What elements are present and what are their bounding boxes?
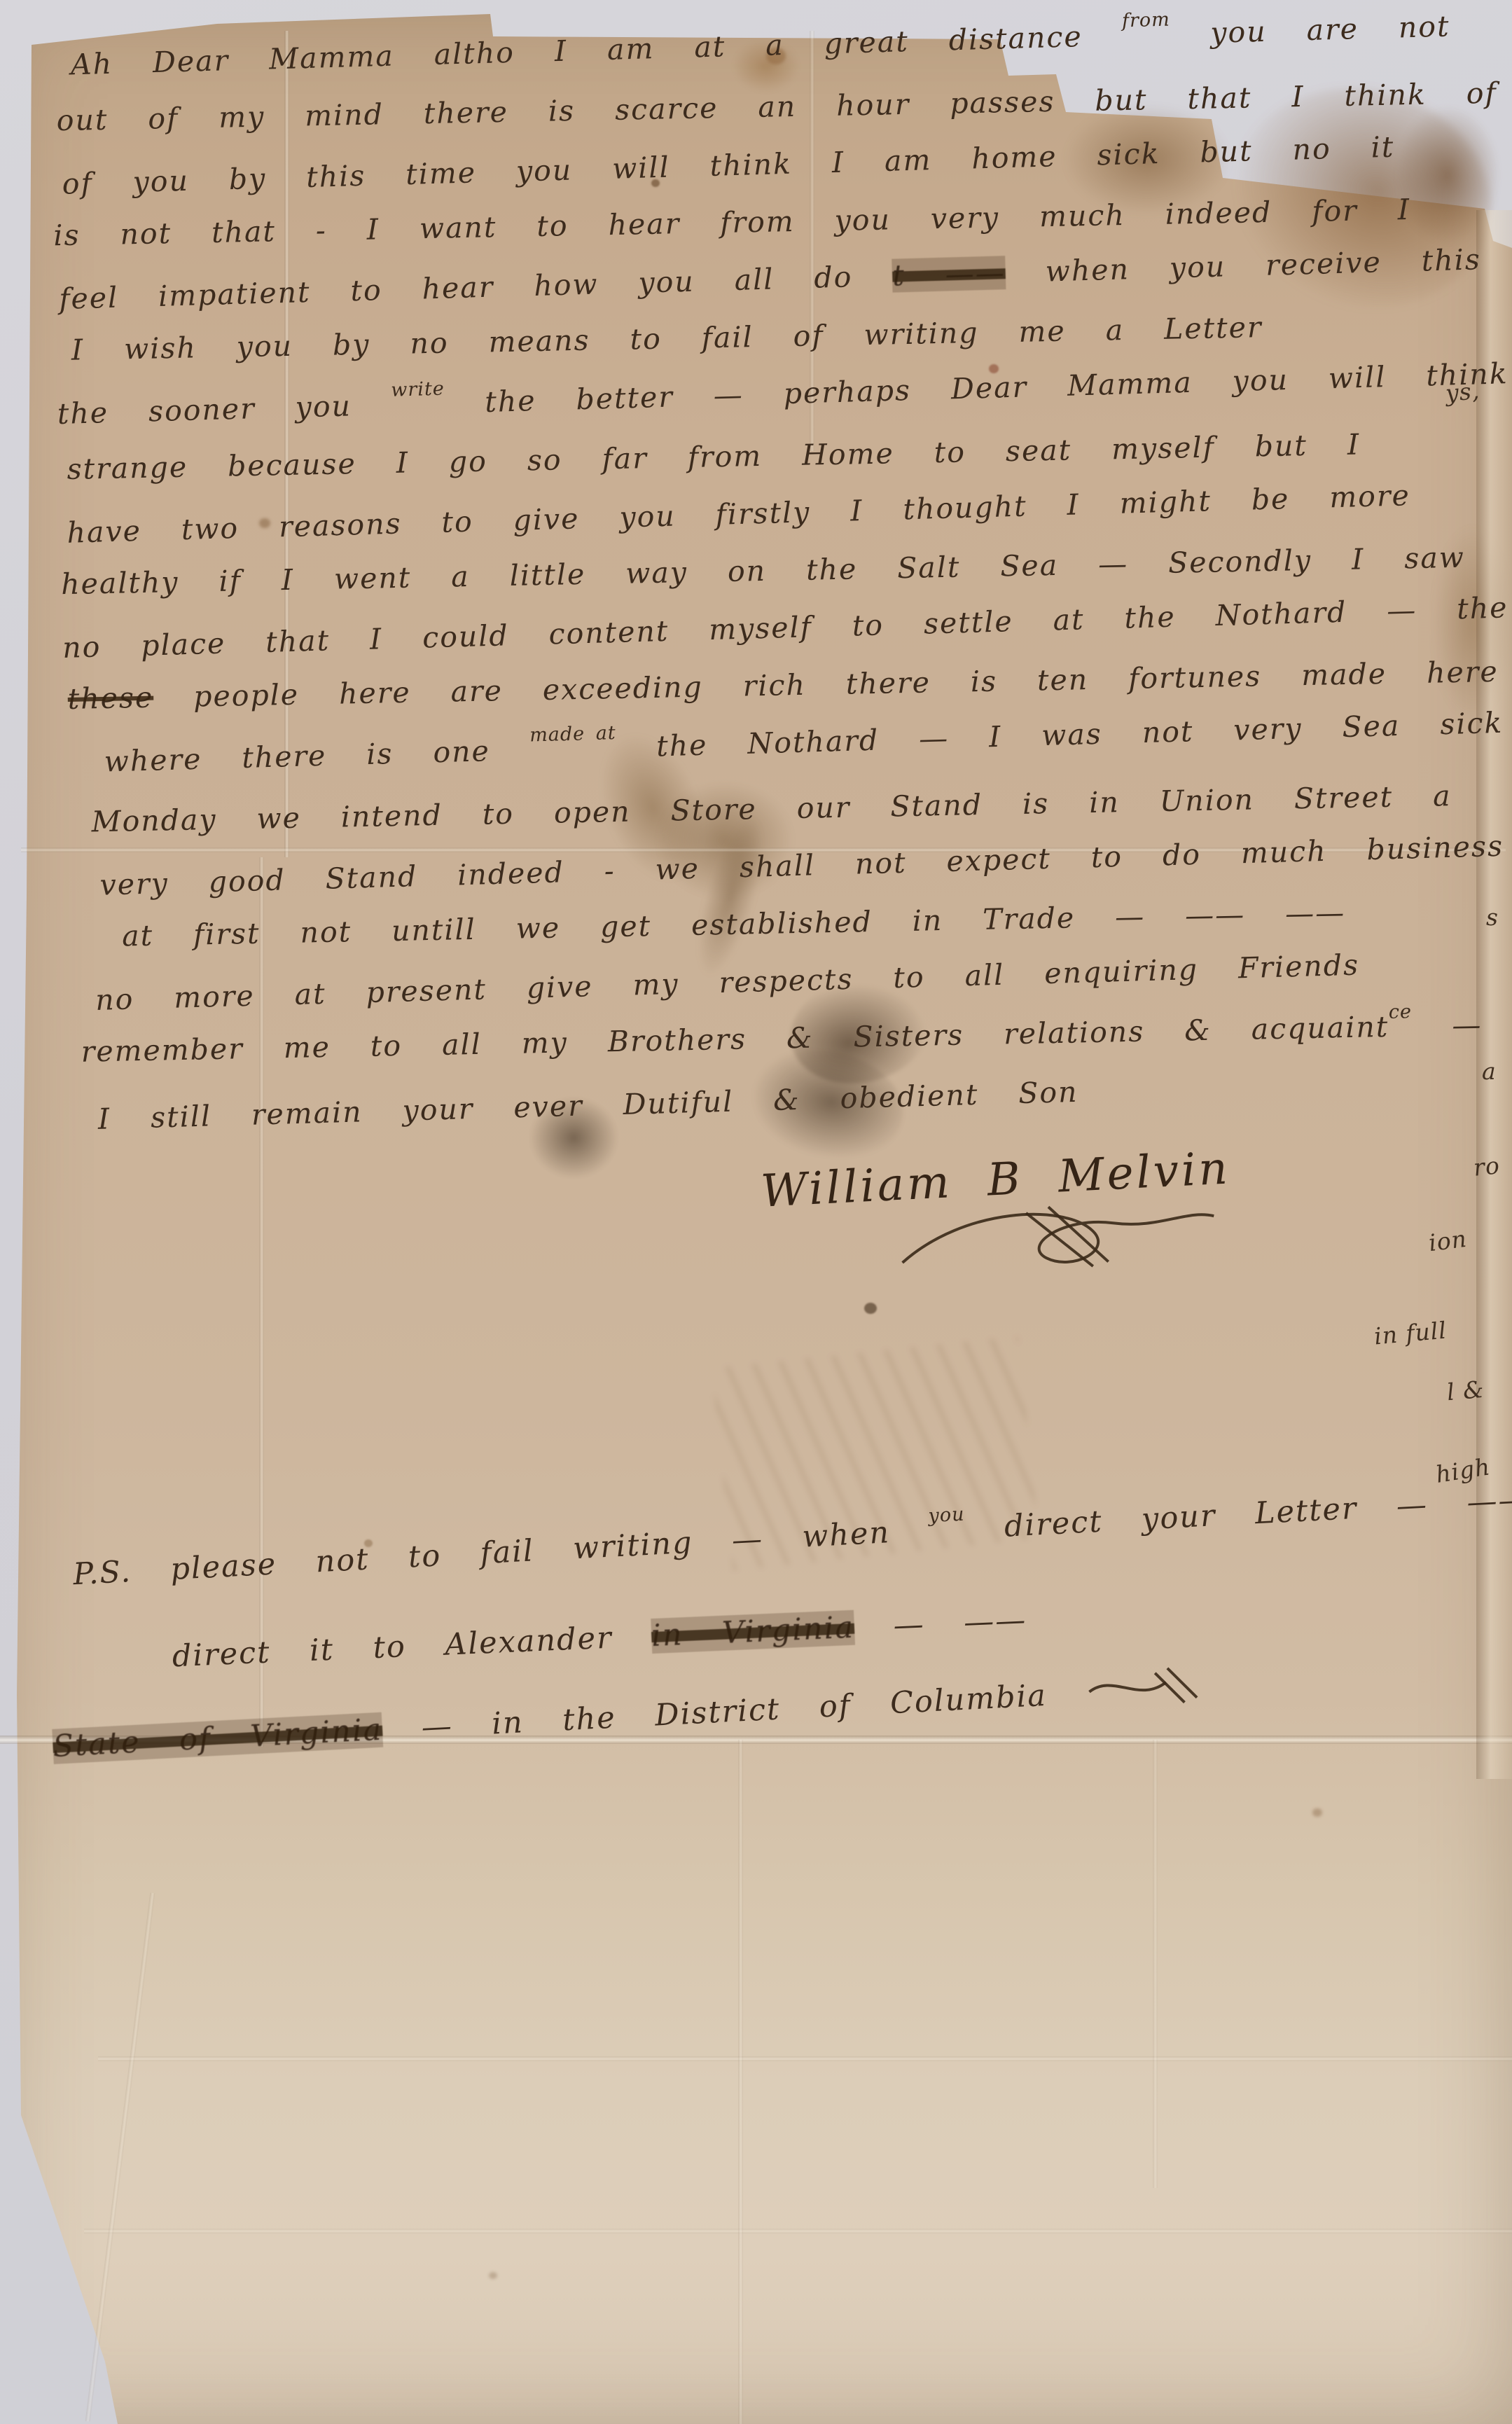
handwritten-text: where there is one [104,734,490,778]
handwritten-text: direct it to Alexander [172,1621,613,1675]
letter-body: Ah Dear Mamma altho I am at a great dist… [49,1,1492,1331]
handwritten-text: the sooner you [57,389,352,431]
photograph-of-letter: { "page": { "background_color": "#d2d1d7… [0,0,1512,2424]
handwritten-text: — as we [1452,1005,1512,1042]
inserted-word: ce [1388,983,1413,1041]
inserted-word: from [1121,0,1171,50]
handwritten-text: when you receive this [1045,242,1481,288]
postscript-flourish [1085,1665,1206,1713]
handwritten-text: — —— [893,1602,1028,1643]
inserted-word: write [390,361,445,420]
struck-out-word: State of Virginia [52,1712,383,1764]
handwritten-text: direct your Letter — —— [1004,1482,1512,1544]
handwritten-text: Ah Dear Mamma altho I am at a great dist… [70,20,1083,81]
inserted-word: you [927,1481,966,1551]
handwritten-text: you are not [1210,9,1450,50]
struck-out-word: in Virginia [651,1610,855,1654]
struck-out-word: t —— [892,256,1006,292]
inserted-word: made at [529,705,617,764]
handwritten-text: feel impatient to hear how you all do [59,260,853,316]
handwritten-text: I still remain your ever Dutiful & obedi… [97,1075,1078,1136]
struck-out-word: these [67,681,153,716]
